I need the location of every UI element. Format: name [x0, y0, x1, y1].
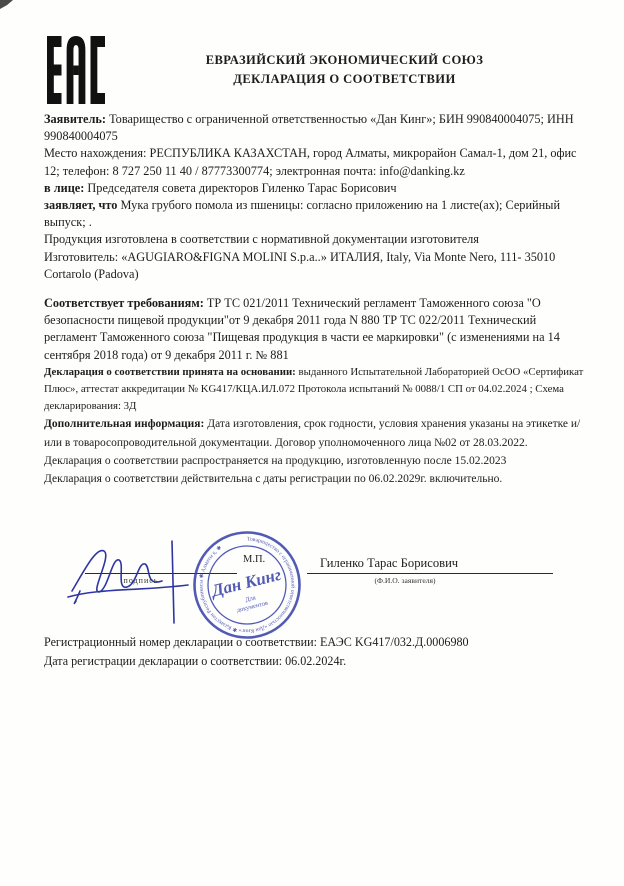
applicant-label: Заявитель: — [44, 112, 106, 126]
handwritten-signature — [66, 531, 194, 627]
in-person-label: в лице: — [44, 181, 84, 195]
declares-label: заявляет, что — [44, 198, 117, 212]
holder-name-line — [307, 573, 553, 574]
document-header: ЕВРАЗИЙСКИЙ ЭКОНОМИЧЕСКИЙ СОЮЗ ДЕКЛАРАЦИ… — [47, 36, 584, 109]
registration-date: Дата регистрации декларации о соответств… — [44, 652, 604, 671]
title-declaration: ДЕКЛАРАЦИЯ О СООТВЕТСТВИИ — [105, 70, 584, 89]
holder-name-caption: (Ф.И.О. заявителя) — [335, 576, 475, 585]
basis-label: Декларация о соответствии принята на осн… — [44, 366, 296, 378]
in-person-paragraph: в лице: Председателя совета директоров Г… — [44, 180, 584, 197]
declares-paragraph: заявляет, что Мука грубого помола из пше… — [44, 197, 584, 231]
registration-footer: Регистрационный номер декларации о соотв… — [44, 633, 604, 671]
company-stamp: Товарищество с ограниченной ответственно… — [192, 530, 302, 640]
title-union: ЕВРАЗИЙСКИЙ ЭКОНОМИЧЕСКИЙ СОЮЗ — [105, 51, 584, 70]
basis-paragraph: Декларация о соответствии принята на осн… — [44, 364, 584, 415]
product-note-paragraph: Продукция изготовлена в соответствии с н… — [44, 231, 584, 248]
applicant-paragraph: Заявитель: Товарищество с ограниченной о… — [44, 111, 584, 145]
complies-paragraph: Соответствует требованиям: ТР ТС 021/201… — [44, 295, 584, 364]
manufacturer-paragraph: Изготовитель: «AGUGIARO&FIGNA MOLINI S.p… — [44, 249, 584, 283]
holder-name: Гиленко Тарас Борисович — [320, 556, 458, 571]
eac-logo-icon — [47, 36, 105, 109]
document-title: ЕВРАЗИЙСКИЙ ЭКОНОМИЧЕСКИЙ СОЮЗ ДЕКЛАРАЦИ… — [105, 36, 584, 89]
complies-label: Соответствует требованиям: — [44, 296, 204, 310]
registration-number: Регистрационный номер декларации о соотв… — [44, 633, 604, 652]
declaration-document: ЕВРАЗИЙСКИЙ ЭКОНОМИЧЕСКИЙ СОЮЗ ДЕКЛАРАЦИ… — [0, 0, 624, 886]
scan-corner-artifact — [0, 0, 13, 9]
additional-info-label: Дополнительная информация: — [44, 418, 204, 430]
signature-area: подпись М.П. Товарищество с ограниченной… — [0, 525, 624, 637]
additional-info-paragraph: Дополнительная информация: Дата изготовл… — [44, 415, 584, 471]
mp-label: М.П. — [243, 554, 265, 565]
validity-paragraph: Декларация о соответствии действительна … — [44, 471, 584, 488]
document-body: Заявитель: Товарищество с ограниченной о… — [44, 111, 584, 488]
location-paragraph: Место нахождения: РЕСПУБЛИКА КАЗАХСТАН, … — [44, 145, 584, 179]
stamp-center-text: Дан Кинг — [208, 565, 283, 601]
